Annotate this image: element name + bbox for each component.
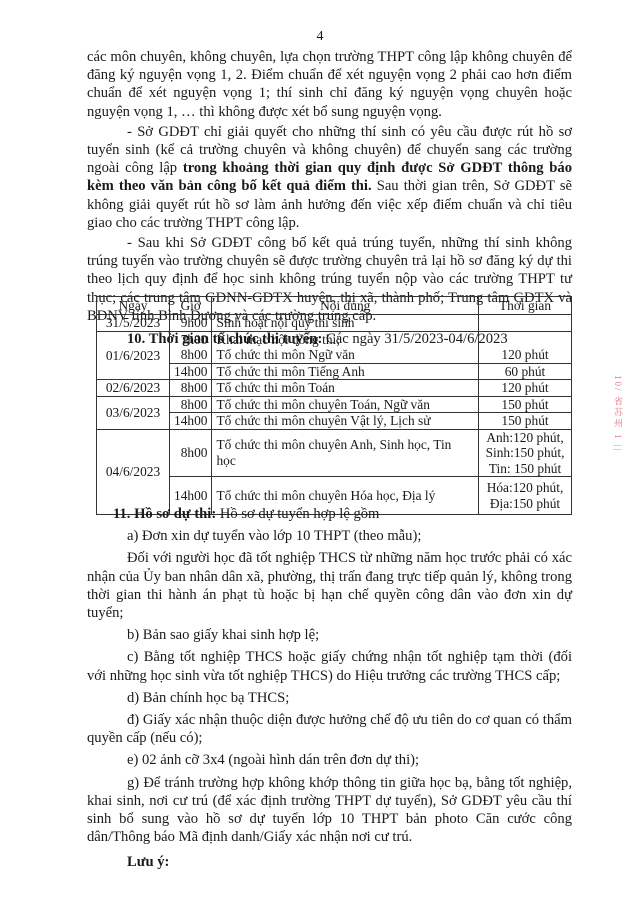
cell-time: 8h00: [170, 396, 212, 413]
cell-content: Tổ chức thi môn Toán: [212, 380, 479, 397]
cell-time: 7h008h00: [170, 331, 212, 363]
cell-duration: 150 phút: [479, 396, 572, 413]
cell-date: 04/6/2023: [97, 429, 170, 515]
table-row: 01/6/20237h008h00Khai mạc hội đồng thi;T…: [97, 331, 572, 363]
cell-time: 8h00: [170, 380, 212, 397]
table-row: 03/6/20238h00Tổ chức thi môn chuyên Toán…: [97, 396, 572, 413]
paragraph-1: các môn chuyên, không chuyên, lựa chọn t…: [87, 48, 572, 121]
page-number: 4: [0, 29, 640, 45]
section-11-heading: 11. Hồ sơ dự thi: Hồ sơ dự tuyển hợp lệ …: [87, 505, 572, 523]
header-time: Giờ: [170, 297, 212, 315]
list-item: d) Bản chính học bạ THCS;: [87, 689, 572, 707]
list-item: a) Đơn xin dự tuyển vào lớp 10 THPT (the…: [87, 527, 572, 545]
header-content: Nội dung: [212, 297, 479, 315]
table-body: 31/5/20239h00Sinh hoạt nội quy thí sinh …: [97, 315, 572, 515]
cell-content: Tổ chức thi môn chuyên Toán, Ngữ văn: [212, 396, 479, 413]
table-header-row: Ngày Giờ Nội dung Thời gian: [97, 297, 572, 315]
cell-duration: 60 phút: [479, 363, 572, 380]
list-item: c) Bằng tốt nghiệp THCS hoặc giấy chứng …: [87, 648, 572, 684]
cell-content: Tổ chức thi môn Tiếng Anh: [212, 363, 479, 380]
cell-content: Tổ chức thi môn chuyên Vật lý, Lịch sử: [212, 413, 479, 430]
list-item: g) Để tránh trường hợp không khớp thông …: [87, 774, 572, 847]
cell-date: 02/6/2023: [97, 380, 170, 397]
cell-time: 14h00: [170, 413, 212, 430]
cell-time: 8h00: [170, 429, 212, 477]
cell-content: Tổ chức thi môn chuyên Anh, Sinh học, Ti…: [212, 429, 479, 477]
paragraph-2: - Sở GDĐT chỉ giải quyết cho những thí s…: [87, 123, 572, 232]
header-date: Ngày: [97, 297, 170, 315]
cell-date: 31/5/2023: [97, 315, 170, 332]
table-row: 31/5/20239h00Sinh hoạt nội quy thí sinh: [97, 315, 572, 332]
cell-duration: 120 phút: [479, 380, 572, 397]
cell-duration: Anh:120 phút,Sinh:150 phút,Tin: 150 phút: [479, 429, 572, 477]
cell-content: Sinh hoạt nội quy thí sinh: [212, 315, 479, 332]
document-page: 4 các môn chuyên, không chuyên, lựa chọn…: [0, 0, 640, 905]
list-item: đ) Giấy xác nhận thuộc diện được hưởng c…: [87, 711, 572, 747]
list-item: b) Bản sao giấy khai sinh hợp lệ;: [87, 626, 572, 644]
section-11-items: a) Đơn xin dự tuyển vào lớp 10 THPT (the…: [87, 527, 572, 846]
margin-stamp: 10/ 省苏州 1 ||: [611, 375, 625, 452]
cell-time: 14h00: [170, 363, 212, 380]
cell-duration: 120 phút: [479, 331, 572, 363]
note-label: Lưu ý:: [87, 853, 572, 871]
cell-time: 9h00: [170, 315, 212, 332]
cell-content: Khai mạc hội đồng thi;Tổ chức thi môn Ng…: [212, 331, 479, 363]
section-11-title: 11. Hồ sơ dự thi:: [113, 506, 216, 522]
cell-date: 03/6/2023: [97, 396, 170, 429]
cell-date: 01/6/2023: [97, 331, 170, 380]
list-item: Đối với người học đã tốt nghiệp THCS từ …: [87, 549, 572, 622]
table-row: 04/6/20238h00Tổ chức thi môn chuyên Anh,…: [97, 429, 572, 477]
cell-duration: 150 phút: [479, 413, 572, 430]
header-duration: Thời gian: [479, 297, 572, 315]
section-11: 11. Hồ sơ dự thi: Hồ sơ dự tuyển hợp lệ …: [87, 505, 572, 872]
table-row: 02/6/20238h00Tổ chức thi môn Toán120 phú…: [97, 380, 572, 397]
cell-duration: [479, 315, 572, 332]
section-11-value: Hồ sơ dự tuyển hợp lệ gồm: [216, 506, 379, 522]
list-item: e) 02 ảnh cỡ 3x4 (ngoài hình dán trên đơ…: [87, 751, 572, 769]
exam-schedule-table: Ngày Giờ Nội dung Thời gian 31/5/20239h0…: [96, 296, 572, 515]
